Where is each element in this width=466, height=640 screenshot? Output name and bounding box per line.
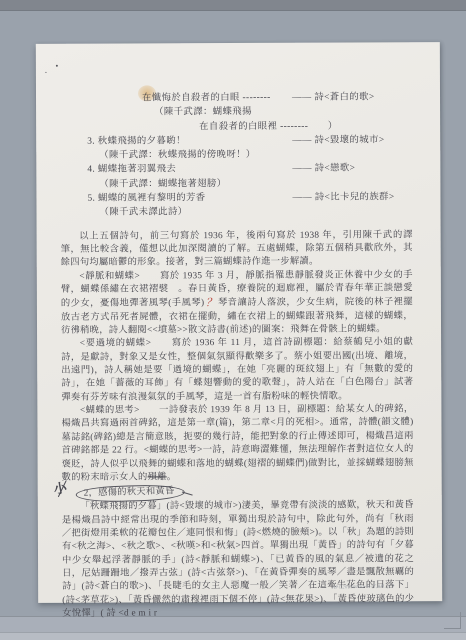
mat-top-strip [0,0,466,11]
excerpt-line: （陳千武譯：蝴蝶飛揚 [60,103,412,119]
struck-through-word: 殞離 [148,472,167,482]
paragraph-overview: 以上五個詩句，前三句寫於 1936 年，後兩句寫於 1938 年，引用陳千武的譯… [61,229,413,271]
excerpt-line: 5. 蝴蝶的風裡有黎明的芳香 —— 詩<比卡兒的族群> [60,188,412,204]
document-page: 在懺悔於自殺者的白眼 -------- —— 詩<蒼白的歌> （陳千武譯：蝴蝶飛… [36,42,442,603]
paragraph-transiting-butterfly: <要過境的蝴蝶> 寫於 1936 年 11 月，這首詩副標題：給蔡鶴兒小姐的獻詩… [61,337,413,405]
excerpt-text: （陳千武譯：蝴蝶飛揚 [154,107,252,117]
mat-bottom-edge-band [0,632,466,640]
excerpt-source-ref: —— 詩<毀壞的城市> [292,131,384,145]
excerpt-text: （陳千武未譯此詩） [99,208,187,218]
paragraph-butterfly-thinking: <蝴蝶的思考> 一詩發表於 1939 年 8 月 13 日，副標題：給某女人的碑… [61,403,413,485]
excerpt-text: （陳千武譯：蝴蝶拖著翅膀） [99,179,226,190]
excerpt-text: 5. 蝴蝶的風裡有黎明的芳香 [87,193,205,204]
excerpt-text: 3. 秋蝶飛揚的夕暮喲！ [87,136,186,146]
excerpt-text: （陳千武譯：秋蝶飛揚的傍晚呀！） [99,150,255,161]
photo-background: 在懺悔於自殺者的白眼 -------- —— 詩<蒼白的歌> （陳千武譯：蝴蝶飛… [0,0,466,640]
excerpt-source-ref: —— 詩<蒼白的歌> [292,88,375,102]
excerpt-text: 在懺悔於自殺者的白眼 -------- [142,93,271,104]
excerpt-line: 在懺悔於自殺者的白眼 -------- —— 詩<蒼白的歌> [60,88,412,104]
excerpt-source-ref: —— 詩<戀歌> [292,160,355,174]
paragraph-autumn-and-dusk: 「秋蝶飛揚的夕暮」(詩<毀壞的城市>)淒美，畢竟帶有淡淡的感歎，秋天和黃昏是楊熾… [62,499,415,621]
excerpt-line: 3. 秋蝶飛揚的夕暮喲！ —— 詩<毀壞的城市> [60,131,412,147]
paragraph-vein-and-butterfly: <靜脈和蝴蝶> 寫於 1935 年 3 月，靜脈指罹患靜脈發炎正休養中少女的手臂… [61,269,413,338]
paragraph-segment: 。 [167,472,177,482]
paper-speck [45,72,47,73]
text-column: 在懺悔於自殺者的白眼 -------- —— 詩<蒼白的歌> （陳千武譯：蝴蝶飛… [60,88,414,621]
excerpt-line: （陳千武譯：蝴蝶拖著翅膀） [60,174,412,190]
excerpt-line: （陳千武未譯此詩） [60,203,412,219]
red-question-mark-annotation: ？ [204,297,218,309]
paper-speck [56,65,58,67]
excerpt-text: 在自殺者的白眼裡 -------- ） [199,121,337,132]
section-heading-row: 小 2，感傷的秋天和黃昏 [76,484,414,500]
excerpt-line: 在自殺者的白眼裡 -------- ） [60,117,412,133]
excerpt-source-ref: —— 詩<比卡兒的族群> [292,188,394,202]
excerpt-line: 4. 蝴蝶拖著羽翼飛去 —— 詩<戀歌> [60,160,412,176]
mat-corner-registration-mark [444,612,461,629]
paragraph-segment: <蝴蝶的思考> 一詩發表於 1939 年 8 月 13 日，副標題：給某女人的碑… [61,404,413,482]
body-text: 以上五個詩句，前三句寫於 1936 年，後兩句寫於 1938 年，引用陳千武的譯… [61,229,415,621]
excerpt-line: （陳千武譯：秋蝶飛揚的傍晚呀！） [60,145,412,161]
excerpt-text: 4. 蝴蝶拖著羽翼飛去 [87,165,176,175]
